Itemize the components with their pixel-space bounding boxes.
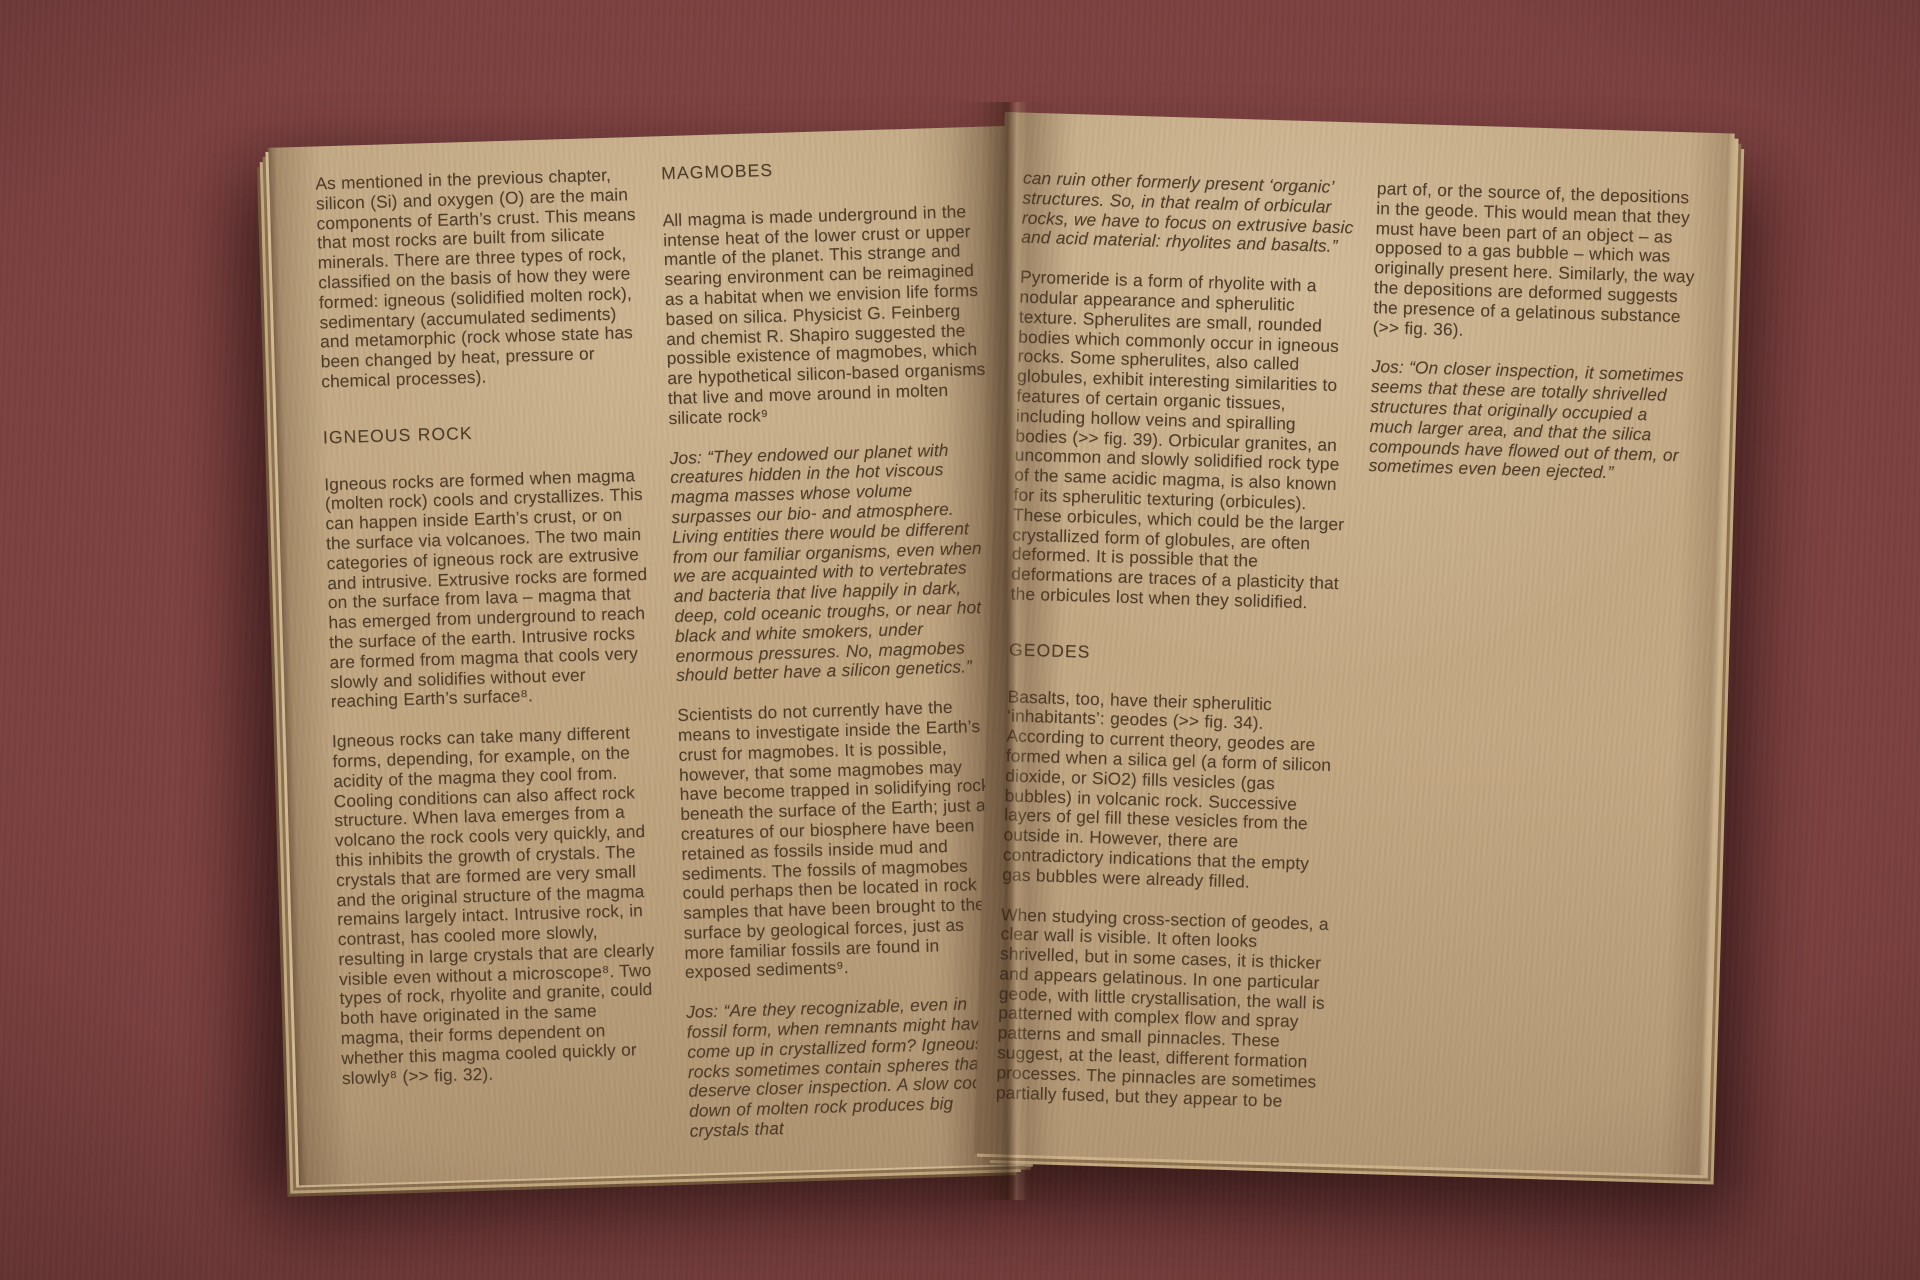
body-paragraph: All magma is made underground in the int… [662, 201, 990, 428]
body-paragraph: part of, or the source of, the depositio… [1372, 179, 1697, 347]
quote-paragraph: Jos: “On closer inspection, it sometimes… [1368, 357, 1691, 485]
photo-backdrop: As mentioned in the previous chapter, si… [0, 0, 1920, 1280]
left-page-column-1: As mentioned in the previous chapter, si… [315, 165, 666, 1172]
quote-paragraph: can ruin other formerly present ‘organic… [1021, 169, 1355, 258]
body-paragraph: Igneous rocks can take many different fo… [332, 723, 664, 1089]
right-page: can ruin other formerly present ‘organic… [974, 112, 1735, 1175]
left-page: As mentioned in the previous chapter, si… [268, 126, 1035, 1185]
section-heading: MAGMOBES [661, 155, 983, 184]
body-paragraph: As mentioned in the previous chapter, si… [315, 165, 643, 392]
right-page-column-2: part of, or the source of, the depositio… [1349, 179, 1697, 1143]
section-heading: IGNEOUS ROCK [323, 419, 645, 448]
left-page-columns: As mentioned in the previous chapter, si… [315, 154, 1035, 1172]
book-gutter-shadow [948, 102, 1066, 1200]
right-page-columns: can ruin other formerly present ‘organic… [995, 169, 1733, 1144]
body-paragraph: Igneous rocks are formed when magma (mol… [324, 465, 653, 712]
